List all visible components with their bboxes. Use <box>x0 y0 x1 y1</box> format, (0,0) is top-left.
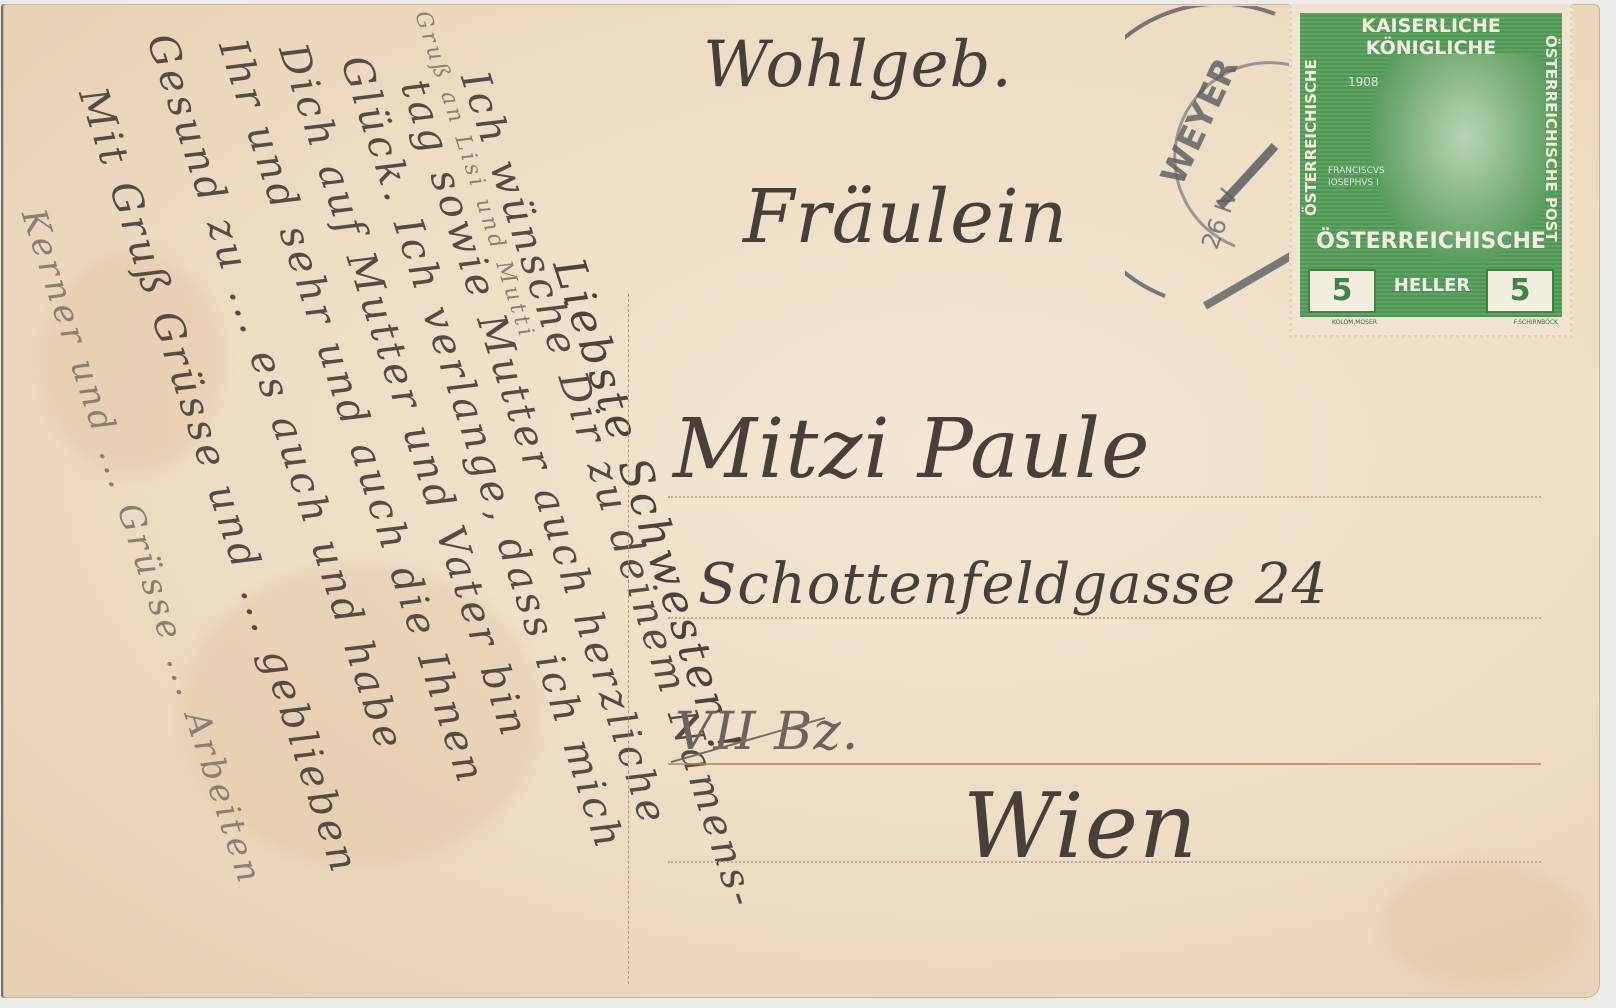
svg-text:WEYER: WEYER <box>1153 52 1246 191</box>
stamp-engraver-credit: F.SCHIRNBÖCK <box>1514 319 1558 326</box>
address-line-2 <box>668 617 1541 619</box>
address-line-3 <box>668 763 1541 765</box>
address-title: Fräulein <box>743 174 1068 260</box>
stamp-denomination: HELLER <box>1384 275 1480 296</box>
stamp-left-inscription: ÖSTERREICHISCHE <box>1302 33 1324 243</box>
card-divider <box>628 294 629 984</box>
address-city: Wien <box>963 774 1198 879</box>
stamp-portrait-name-line: IOSEPHVS I <box>1328 177 1385 189</box>
svg-text:26 IV: 26 IV <box>1196 185 1244 253</box>
postage-stamp: KAISERLICHE KÖNIGLICHE ÖSTERREICHISCHE Ö… <box>1289 4 1573 338</box>
stamp-bottom-inscription: ÖSTERREICHISCHE <box>1300 229 1562 254</box>
paper-stain <box>1383 864 1583 984</box>
address-name: Mitzi Paule <box>673 402 1151 497</box>
stamp-top-inscription: KAISERLICHE KÖNIGLICHE <box>1300 15 1562 59</box>
stamp-year: 1908 <box>1348 75 1379 89</box>
address-street: Schottenfeldgasse 24 <box>698 552 1328 617</box>
address-salutation: Wohlgeb. <box>703 28 1013 102</box>
stamp-designer-credit: KOLOM.MOSER <box>1332 319 1377 326</box>
postcard: Gruß an Lisi und Mutti Liebste Schwester… <box>3 4 1600 998</box>
stamp-design: KAISERLICHE KÖNIGLICHE ÖSTERREICHISCHE Ö… <box>1300 13 1562 317</box>
stamp-value-right: 5 <box>1486 269 1554 313</box>
stamp-portrait-name-line: FRANCISCVS <box>1328 165 1385 177</box>
stamp-right-inscription: ÖSTERREICHISCHE POST <box>1538 33 1560 243</box>
stamp-portrait-name: FRANCISCVS IOSEPHVS I <box>1328 165 1385 189</box>
stamp-value-left: 5 <box>1308 269 1376 313</box>
